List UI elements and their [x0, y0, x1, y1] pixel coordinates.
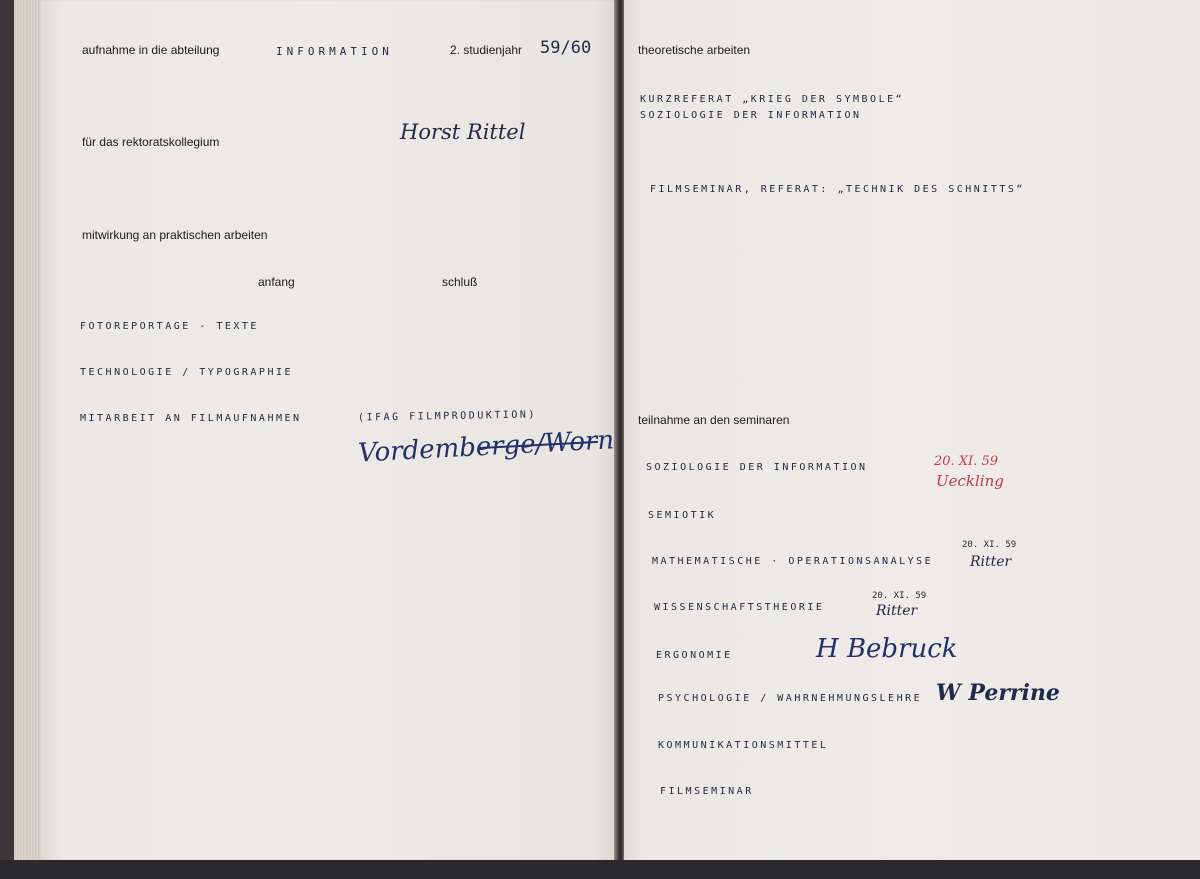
- seminar-signature: Ritter: [970, 554, 1011, 570]
- practical-entry: TECHNOLOGIE / TYPOGRAPHIE: [80, 367, 293, 378]
- seminar-name: MATHEMATISCHE · OPERATIONSANALYSE: [652, 556, 933, 567]
- practical-entry: FOTOREPORTAGE - TEXTE: [80, 321, 259, 332]
- seminar-date: 20. XI. 59: [872, 591, 926, 601]
- seminar-name: PSYCHOLOGIE / WAHRNEHMUNGSLEHRE: [658, 693, 922, 704]
- seminar-name: ERGONOMIE: [656, 650, 733, 661]
- seminar-signature: Ritter: [876, 603, 917, 619]
- department-value: INFORMATION: [276, 45, 393, 58]
- seminar-name: KOMMUNIKATIONSMITTEL: [658, 740, 828, 751]
- theoretical-label: theoretische arbeiten: [638, 43, 750, 57]
- seminar-date: 20. XI. 59: [934, 454, 998, 469]
- practical-work-label: mitwirkung an praktischen arbeiten: [82, 228, 267, 242]
- seminars-label: teilnahme an den seminaren: [638, 413, 789, 427]
- column-end-label: schluß: [442, 275, 477, 289]
- year-label: 2. studienjahr: [450, 43, 522, 57]
- department-label: aufnahme in die abteilung: [82, 43, 219, 57]
- theoretical-entry: SOZIOLOGIE DER INFORMATION: [640, 110, 862, 121]
- seminar-signature: Ueckling: [936, 472, 1004, 490]
- rektoratskollegium-label: für das rektoratskollegium: [82, 135, 219, 149]
- column-start-label: anfang: [258, 275, 295, 289]
- seminar-name: WISSENSCHAFTSTHEORIE: [654, 602, 824, 613]
- seminar-name: SOZIOLOGIE der INFORMATION: [646, 462, 868, 473]
- theoretical-entry: FILMSEMINAR, REFERAT: „TECHNIK DES SCHNI…: [650, 184, 1025, 195]
- seminar-name: SEMIOTIK: [648, 510, 716, 521]
- seminar-name: FILMSEMINAR: [660, 786, 754, 797]
- right-page: theoretische arbeiten KURZREFERAT „KRIEG…: [624, 0, 1200, 862]
- year-value: 59/60: [540, 38, 591, 58]
- seminar-signature: W Perrine: [936, 680, 1060, 706]
- practical-note: (IFAG FILMPRODUKTION): [358, 409, 537, 423]
- page-stack-edges: [14, 0, 40, 860]
- theoretical-entry: KURZREFERAT „KRIEG DER SYMBOLE“: [640, 94, 904, 105]
- practical-entry: MITARBEIT AN FILMAUFNAHMEN: [80, 413, 302, 424]
- rektoratskollegium-signature: Horst Rittel: [400, 120, 525, 144]
- seminar-date: 20. XI. 59: [962, 540, 1016, 550]
- book-bottom-edge: [0, 860, 1200, 879]
- seminar-signature: H Bebruck: [816, 634, 958, 664]
- left-page: aufnahme in die abteilung INFORMATION 2.…: [38, 0, 616, 860]
